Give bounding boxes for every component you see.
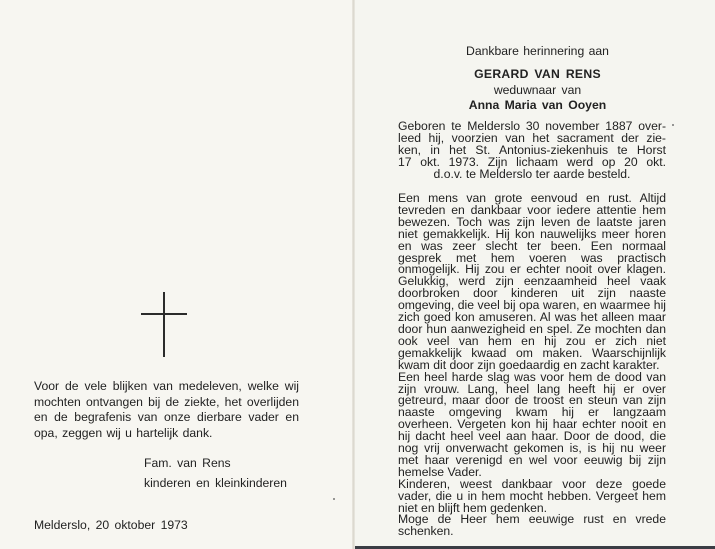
biography-paragraph: Moge de Heer hem eeuwige rust en vrede s…	[398, 514, 666, 538]
card-fold	[352, 0, 355, 549]
relation-text: weduwnaar van	[360, 83, 715, 98]
scan-speck	[672, 124, 674, 126]
thanks-text: Voor de vele blijken van medeleven, welk…	[34, 379, 299, 441]
spouse-name: Anna Maria van Ooyen	[360, 98, 715, 113]
signature-family: Fam. van Rens	[144, 456, 231, 471]
birth-death-details: Geboren te Melderslo 30 november 1887 ov…	[398, 121, 666, 181]
deceased-name: GERARD VAN RENS	[360, 67, 715, 82]
biography-paragraph: Kinderen, weest dankbaar voor deze goede…	[398, 479, 666, 515]
card-heading: Dankbare herinnering aan	[360, 44, 715, 59]
biography-paragraph: Een heel harde slag was voor hem de dood…	[398, 372, 666, 479]
place-date: Melderslo, 20 oktober 1973	[34, 518, 188, 532]
birth-line: d.o.v. te Melderslo ter aarde besteld.	[398, 169, 666, 181]
signature-children: kinderen en kleinkinderen	[144, 476, 287, 491]
biography-paragraph: Een mens van grote eenvoud en rust. Alti…	[398, 193, 666, 372]
biography: Een mens van grote eenvoud en rust. Alti…	[398, 193, 666, 538]
cross-icon	[141, 292, 187, 357]
scan-speck	[333, 498, 335, 500]
